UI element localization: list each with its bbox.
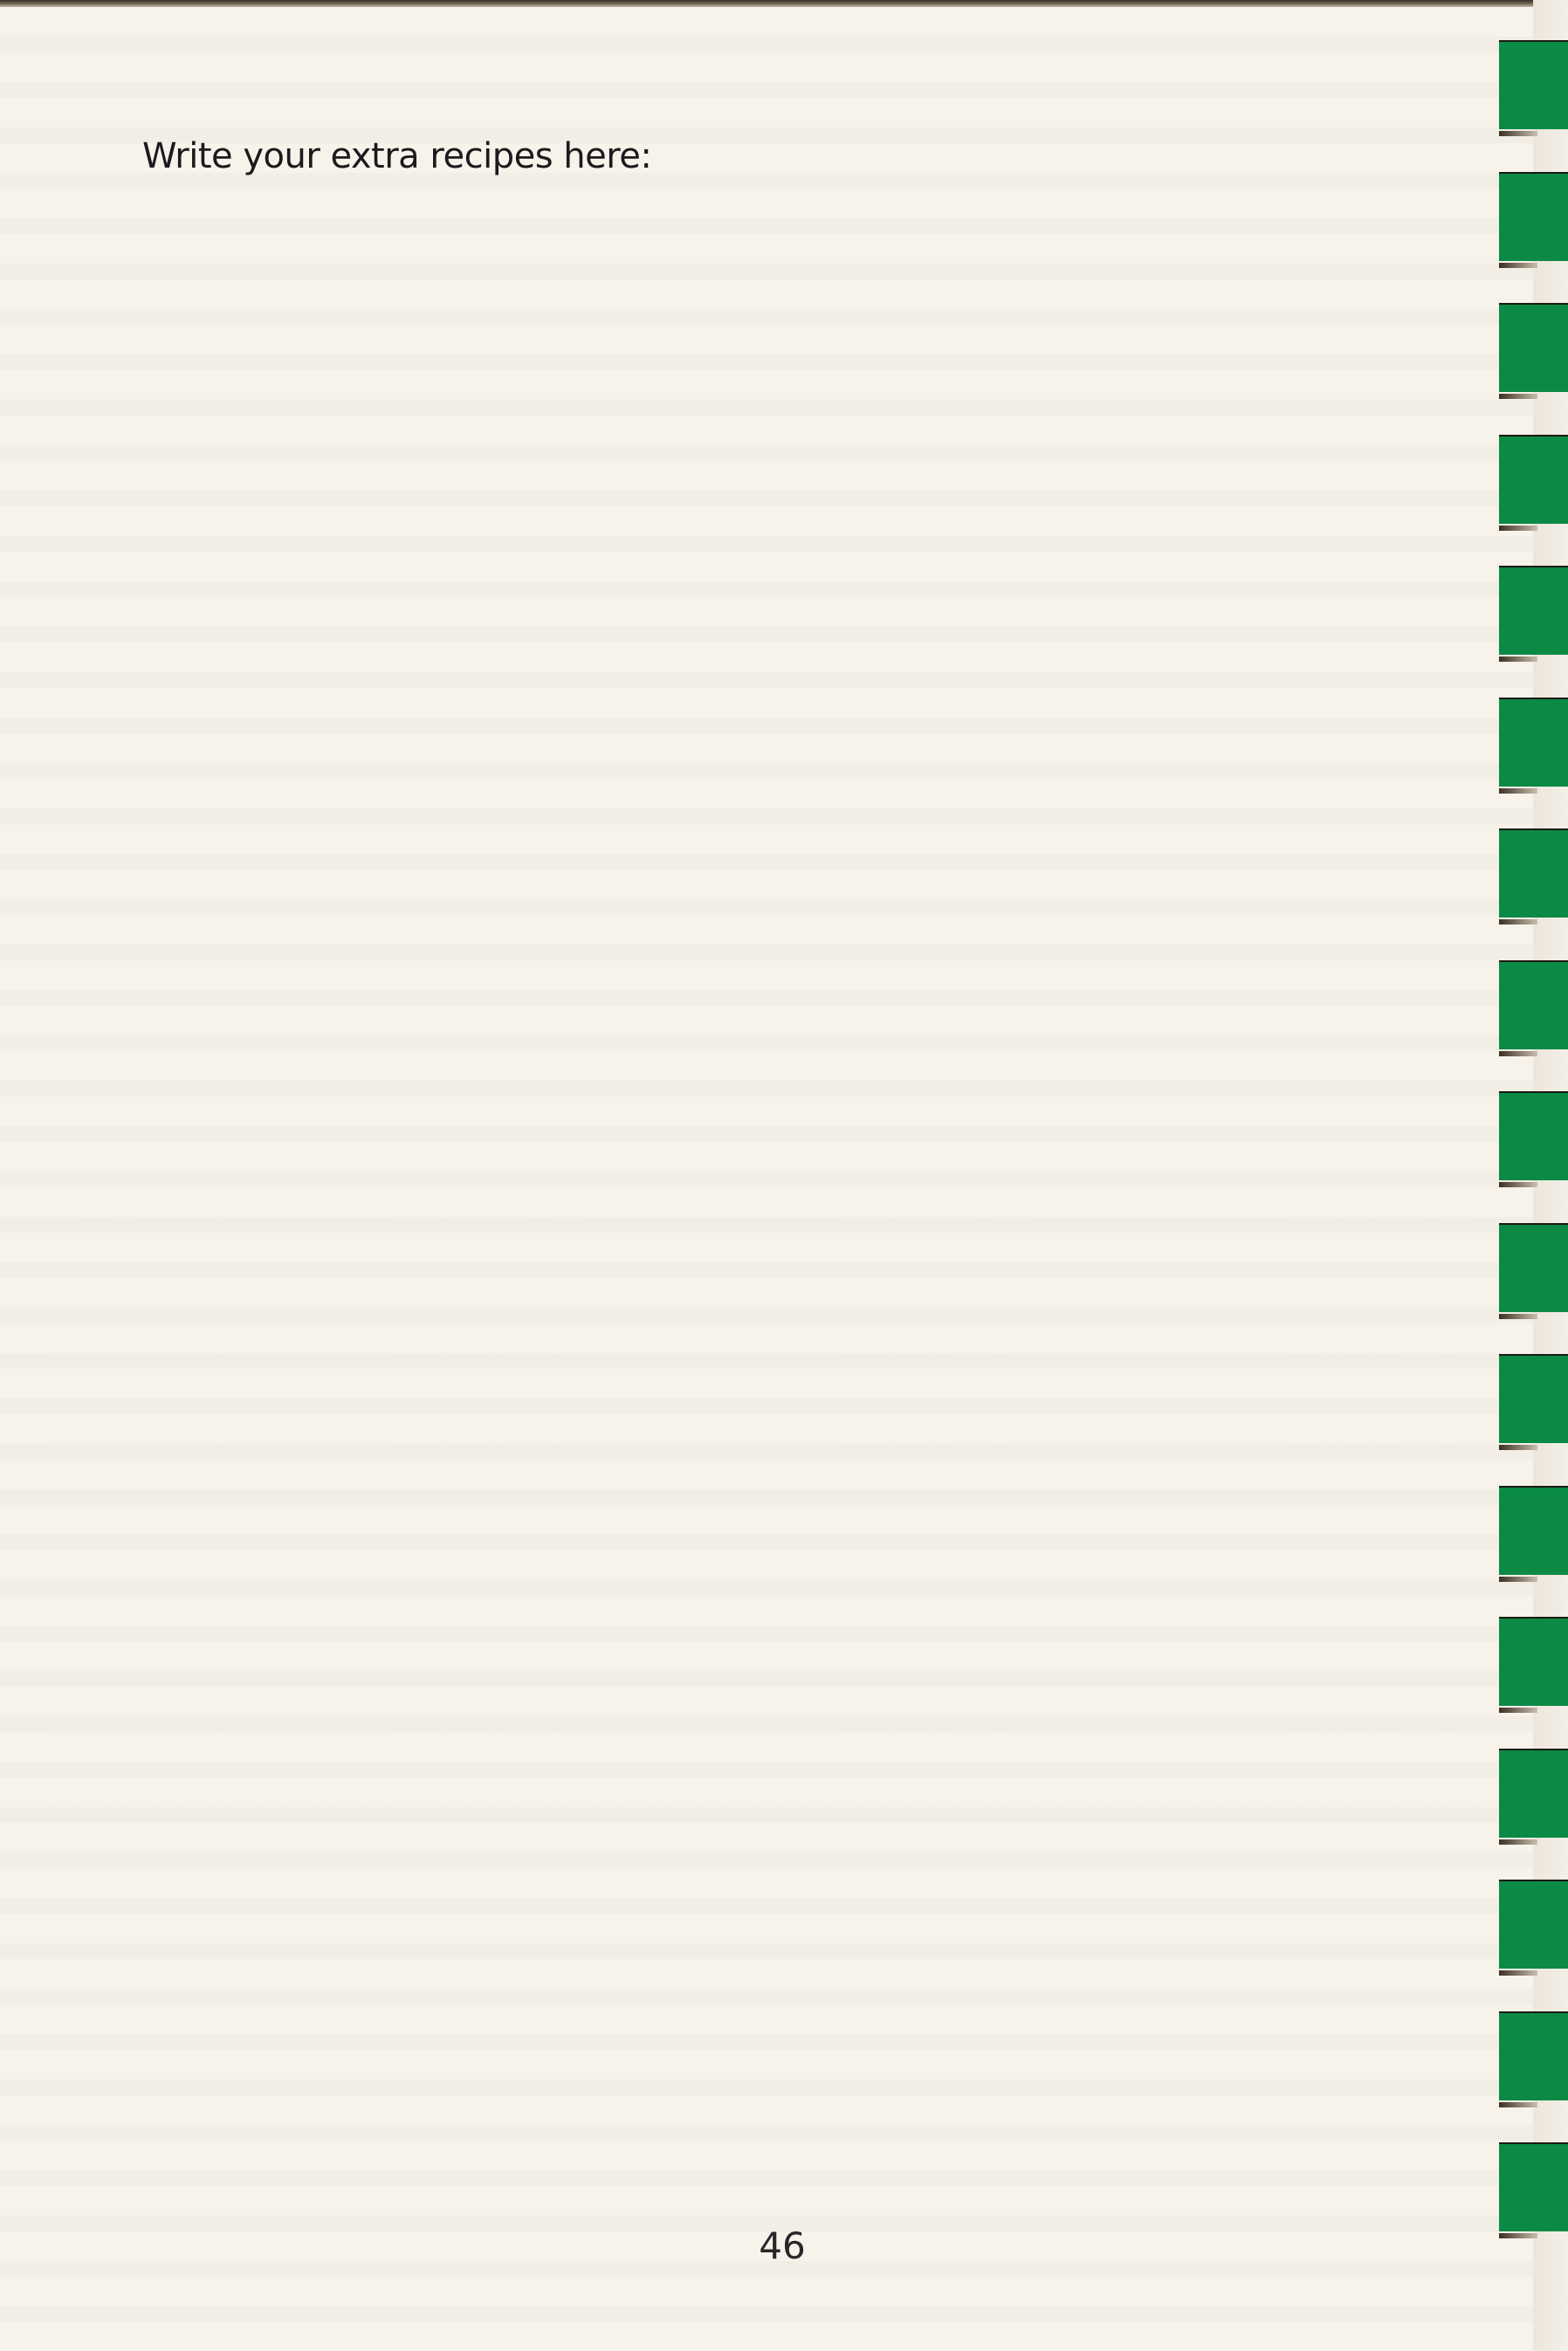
binding-tooth [1499, 1488, 1568, 1575]
binding-tooth [1499, 2144, 1568, 2231]
binding-tooth [1499, 437, 1568, 524]
binding-tooth [1499, 305, 1568, 392]
binding-tooth [1499, 962, 1568, 1049]
recipe-page: Write your extra recipes here: 46 [0, 7, 1537, 2351]
binding-tooth [1499, 1225, 1568, 1312]
paper-texture [0, 7, 1537, 2351]
binding-tooth [1499, 1619, 1568, 1706]
page-heading: Write your extra recipes here: [142, 136, 651, 176]
binding-tooth [1499, 567, 1568, 655]
binding-tooth [1499, 42, 1568, 129]
binding-tooth [1499, 1750, 1568, 1838]
binding-tooth [1499, 1093, 1568, 1180]
binding-tooth [1499, 174, 1568, 261]
binding-tooth [1499, 1881, 1568, 1969]
binding-tooth [1499, 1356, 1568, 1443]
binding-tooth [1499, 2013, 1568, 2100]
binding-tooth [1499, 830, 1568, 918]
page-number: 46 [739, 2224, 826, 2267]
binding-tooth [1499, 699, 1568, 787]
